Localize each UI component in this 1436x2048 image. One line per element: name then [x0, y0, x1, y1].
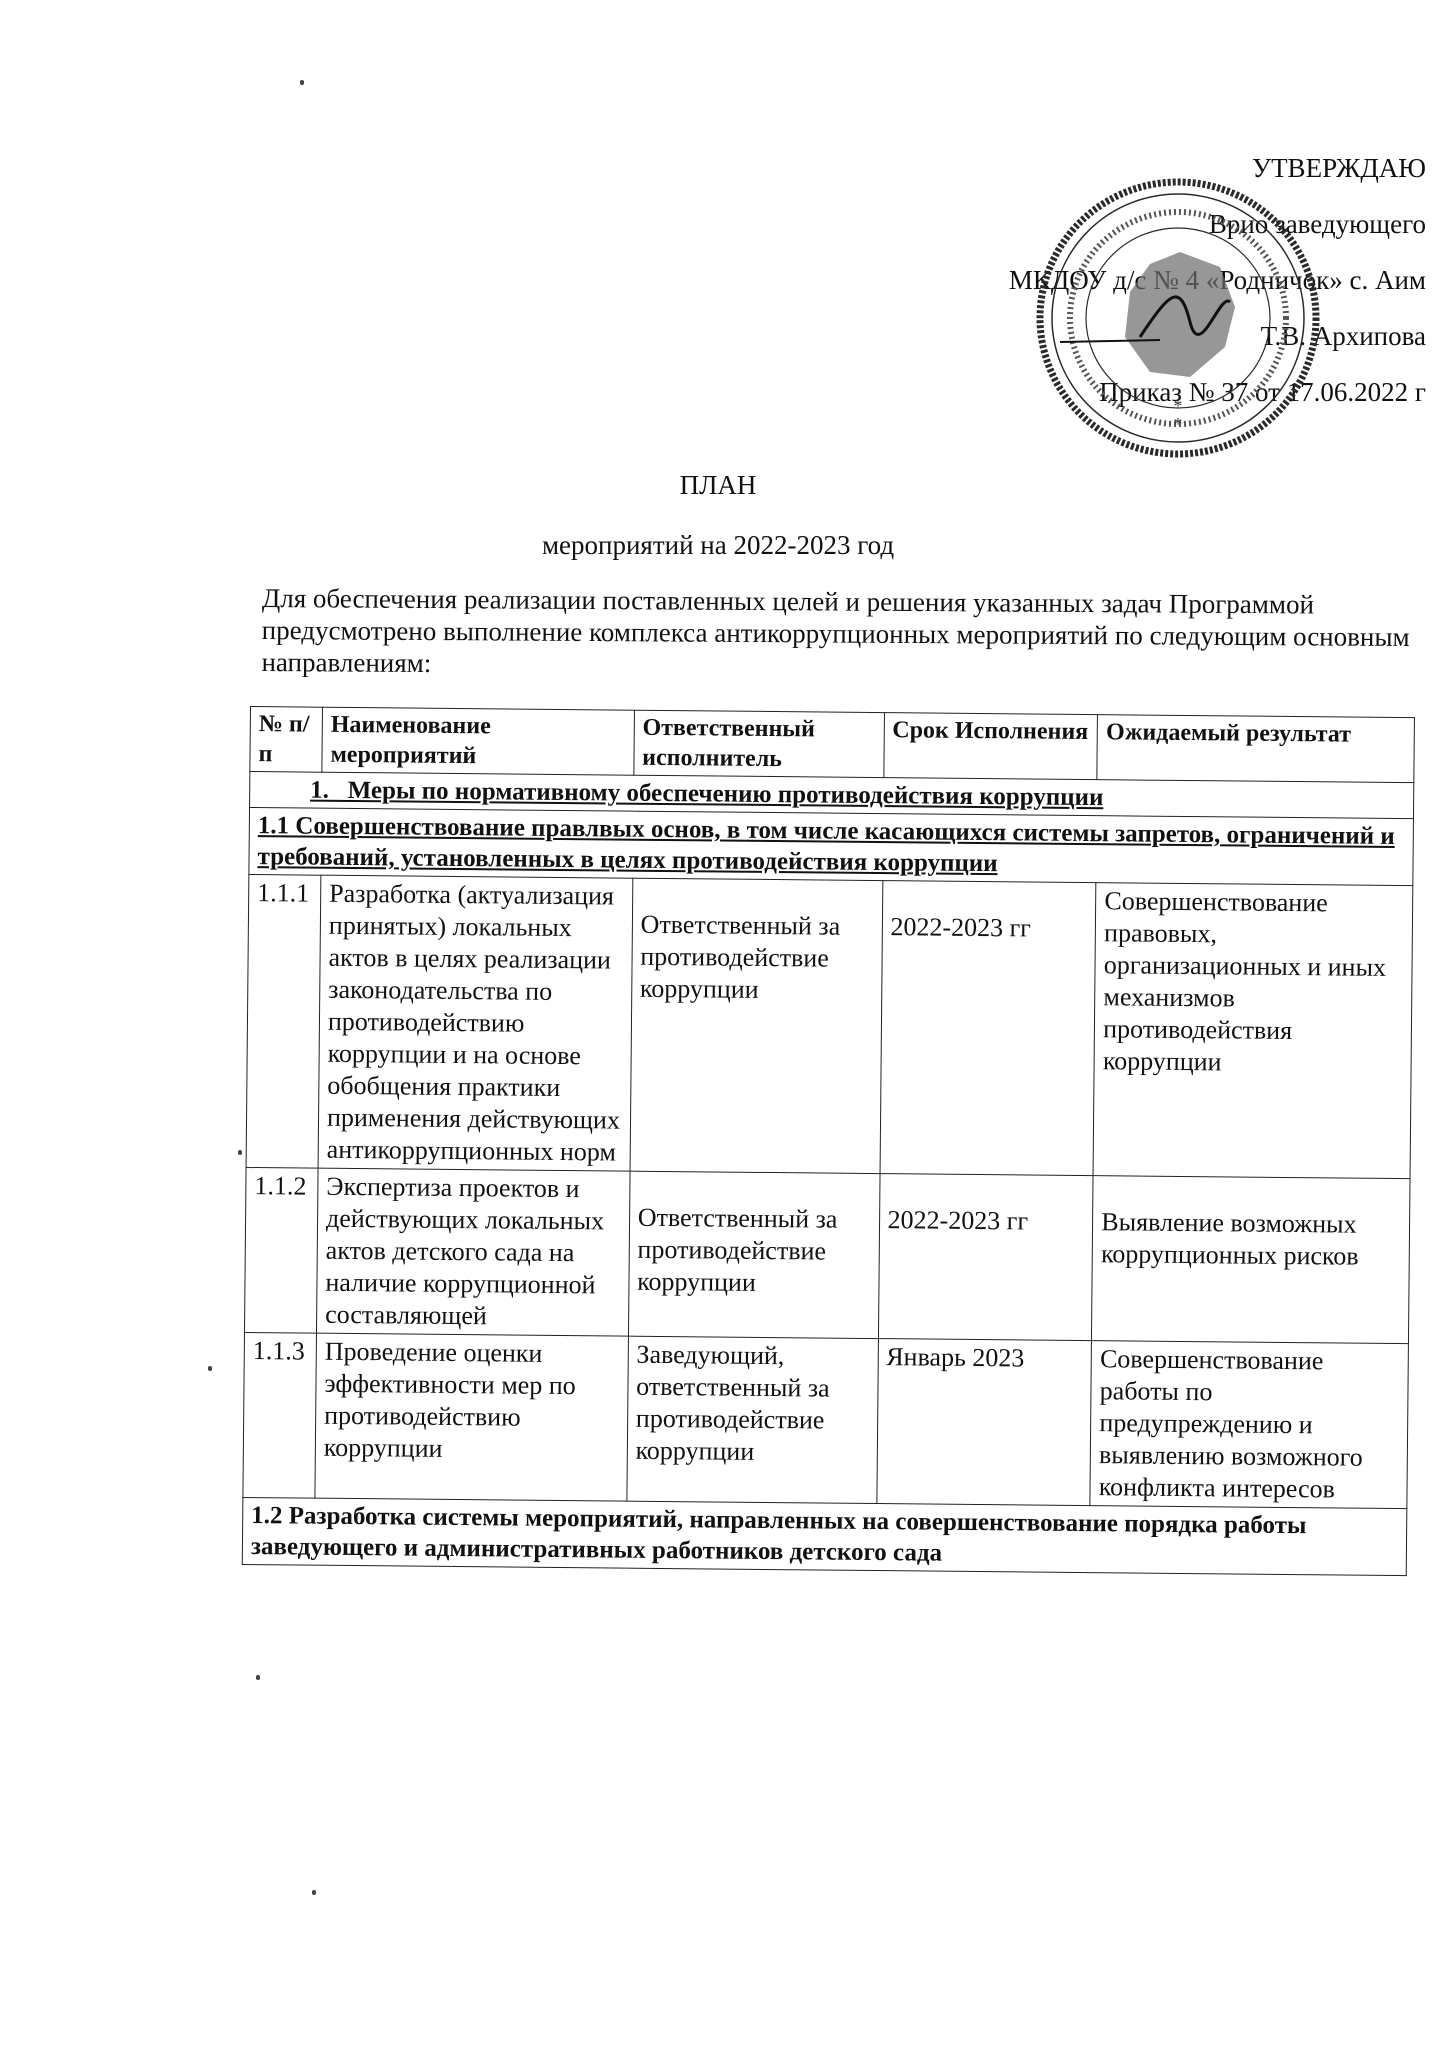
table-row: 1.1.3 Проведение оценки эффективности ме…	[243, 1332, 1409, 1508]
row-responsible: Ответственный за противодействие коррупц…	[628, 1171, 879, 1338]
header-number: № п/п	[250, 707, 323, 773]
svg-text:*: *	[1174, 414, 1183, 434]
plan-table: № п/п Наименование мероприятий Ответстве…	[242, 706, 1415, 1576]
document-page: УТВЕРЖДАЮ Врио заведующего МКДОУ д/с № 4…	[0, 0, 1436, 2048]
section-1-title: 1. Меры по нормативному обеспечению прот…	[310, 777, 1104, 812]
subsection-row: 1.2 Разработка системы мероприятий, напр…	[242, 1497, 1407, 1575]
row-name: Экспертиза проектов и действующих локаль…	[316, 1168, 629, 1336]
subsection-1-1-title: 1.1 Совершенствование правлвых основ, в …	[257, 812, 1394, 877]
row-deadline: 2022-2023 гг	[880, 881, 1097, 1176]
row-number: 1.1.2	[244, 1167, 318, 1333]
row-name: Разработка (актуализация принятых) локал…	[318, 875, 633, 1171]
row-result: Совершенствование работы по предупрежден…	[1090, 1341, 1408, 1509]
row-result: Совершенствование правовых, организацион…	[1093, 883, 1413, 1179]
row-deadline: 2022-2023 гг	[878, 1174, 1093, 1341]
row-name: Проведение оценки эффективности мер по п…	[315, 1333, 628, 1501]
intro-paragraph: Для обеспечения реализации поставленных …	[261, 582, 1412, 685]
row-result: Выявление возможных коррупционных рисков	[1092, 1176, 1410, 1344]
header-result: Ожидаемый результат	[1097, 715, 1414, 783]
row-responsible: Ответственный за противодействие коррупц…	[630, 878, 883, 1173]
row-responsible: Заведующий, ответственный за противодейс…	[627, 1336, 878, 1503]
header-name: Наименование мероприятий	[322, 707, 634, 775]
subsection-1-2-title: 1.2 Разработка системы мероприятий, напр…	[251, 1502, 1307, 1567]
table-row: 1.1.2 Экспертиза проектов и действующих …	[244, 1167, 1410, 1343]
subsection-row: 1.1 Совершенствование правлвых основ, в …	[249, 808, 1414, 886]
document-title: ПЛАН	[0, 470, 1436, 501]
header-responsible: Ответственный исполнитель	[634, 710, 884, 777]
svg-text:*: *	[1174, 396, 1183, 416]
row-number: 1.1.3	[243, 1332, 317, 1498]
round-seal-icon: * *	[1030, 172, 1330, 462]
row-deadline: Январь 2023	[876, 1339, 1091, 1506]
document-subtitle: мероприятий на 2022-2023 год	[0, 530, 1436, 561]
header-deadline: Срок Исполнения	[883, 713, 1097, 780]
row-number: 1.1.1	[246, 874, 321, 1168]
table-header-row: № п/п Наименование мероприятий Ответстве…	[250, 707, 1415, 783]
table-row: 1.1.1 Разработка (актуализация принятых)…	[246, 874, 1413, 1178]
